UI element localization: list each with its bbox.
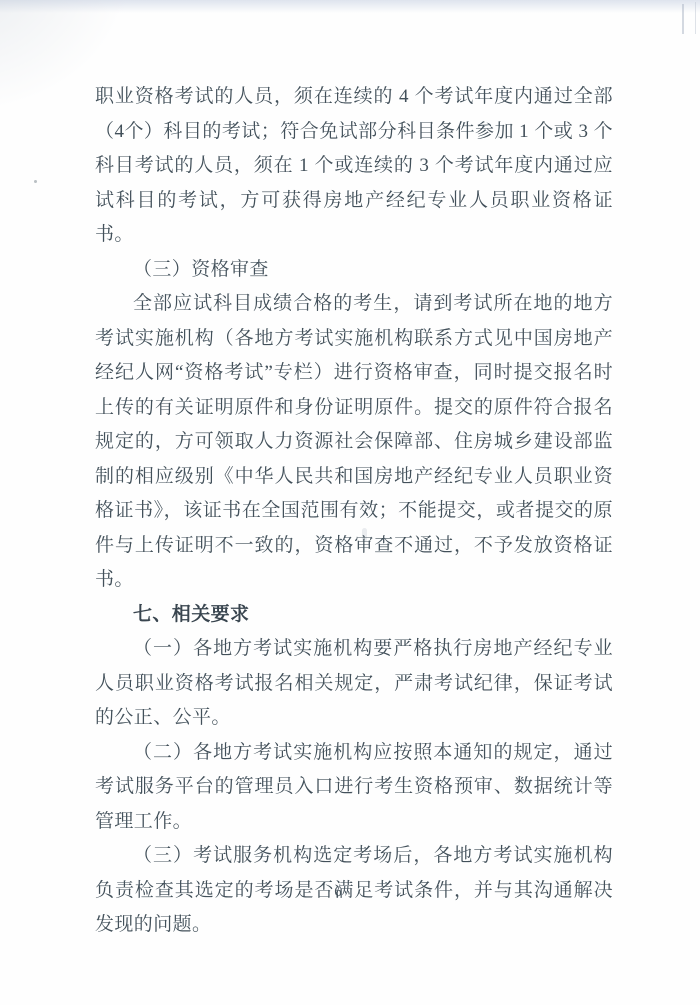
paragraph: （三）资格审查 bbox=[95, 253, 613, 288]
document-body: 职业资格考试的人员，须在连续的 4 个考试年度内通过全部（4个）科目的考试；符合… bbox=[95, 80, 613, 943]
scan-top-shadow bbox=[0, 0, 700, 13]
scan-corner-line bbox=[682, 4, 684, 34]
paragraph: （一）各地方考试实施机构要严格执行房地产经纪专业人员职业资格考试报名相关规定，严… bbox=[95, 632, 613, 736]
section-heading: 七、相关要求 bbox=[95, 598, 613, 633]
paragraph: 全部应试科目成绩合格的考生，请到考试所在地的地方考试实施机构（各地方考试实施机构… bbox=[95, 287, 613, 598]
document-page: 职业资格考试的人员，须在连续的 4 个考试年度内通过全部（4个）科目的考试；符合… bbox=[0, 0, 700, 1005]
paragraph: 职业资格考试的人员，须在连续的 4 个考试年度内通过全部（4个）科目的考试；符合… bbox=[95, 80, 613, 253]
page-number: 6 bbox=[0, 884, 676, 901]
paragraph: （二）各地方考试实施机构应按照本通知的规定，通过考试服务平台的管理员入口进行考生… bbox=[95, 736, 613, 840]
scan-speck bbox=[34, 180, 37, 183]
scan-corner-line bbox=[695, 2, 696, 34]
